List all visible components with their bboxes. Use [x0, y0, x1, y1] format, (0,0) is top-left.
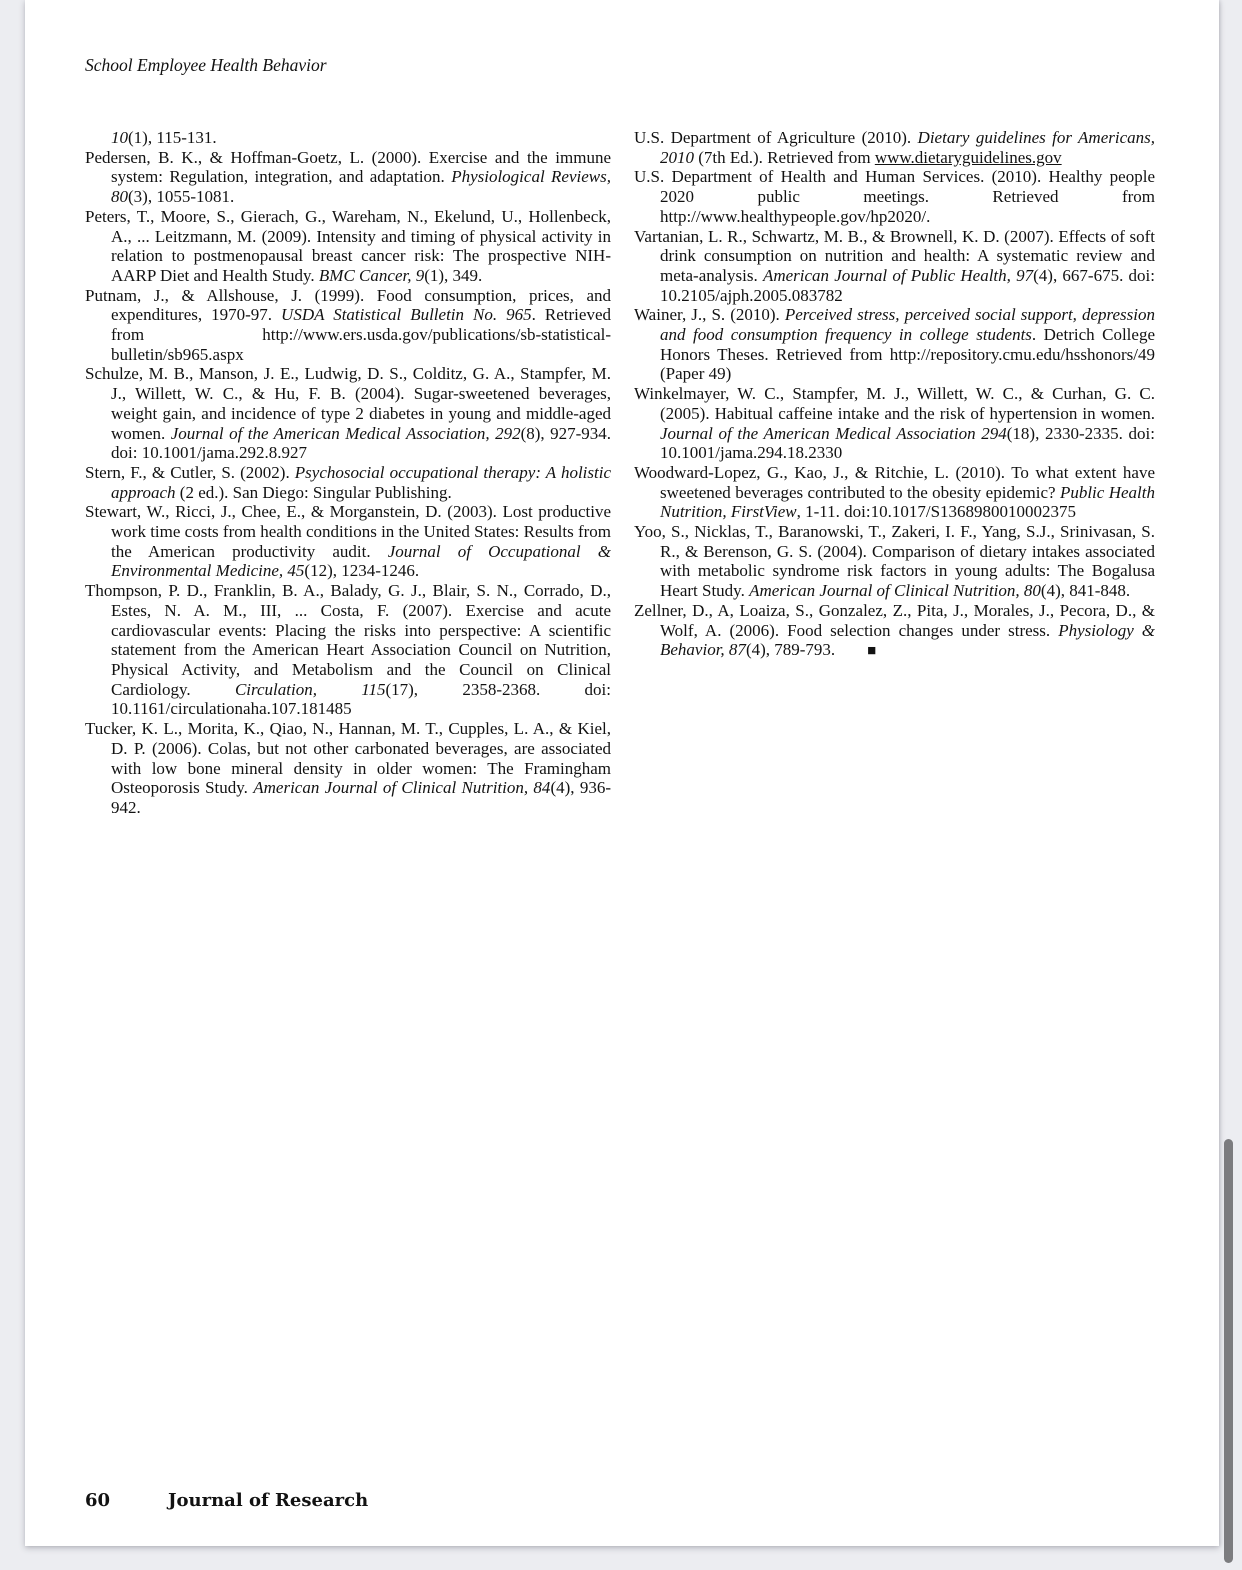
reference-text: Journal of the American Medical Associat… [171, 424, 521, 443]
reference-entry: Thompson, P. D., Franklin, B. A., Balady… [85, 581, 611, 719]
reference-url-link[interactable]: www.dietaryguidelines.gov [875, 148, 1062, 167]
reference-text: Wainer, J., S. (2010). [634, 305, 785, 324]
references-column-right: U.S. Department of Agriculture (2010). D… [634, 128, 1155, 662]
reference-text: (12), 1234-1246. [304, 561, 419, 580]
reference-text: (1), 115-131. [128, 128, 217, 147]
reference-entry: Tucker, K. L., Morita, K., Qiao, N., Han… [85, 719, 611, 818]
footer-page-number: 60 [85, 1490, 110, 1511]
reference-text: , 1-11. doi:10.1017/S1368980010002375 [797, 502, 1076, 521]
reference-entry: Zellner, D., A, Loaiza, S., Gonzalez, Z.… [634, 601, 1155, 662]
reference-text: Circulation, 115 [235, 680, 386, 699]
reference-text: Journal of the American Medical Associat… [660, 424, 1007, 443]
reference-entry: U.S. Department of Agriculture (2010). D… [634, 128, 1155, 167]
reference-text: Winkelmayer, W. C., Stampfer, M. J., Wil… [634, 384, 1155, 423]
reference-text: (4), 841-848. [1041, 581, 1130, 600]
reference-text: Stern, F., & Cutler, S. (2002). [85, 463, 295, 482]
reference-text: American Journal of Public Health, 97 [763, 266, 1033, 285]
end-of-article-marker: ■ [867, 643, 876, 659]
reference-entry: 10(1), 115-131. [85, 128, 611, 148]
reference-text: U.S. Department of Health and Human Serv… [634, 167, 1155, 225]
reference-entry: Stewart, W., Ricci, J., Chee, E., & Morg… [85, 502, 611, 581]
reference-entry: Winkelmayer, W. C., Stampfer, M. J., Wil… [634, 384, 1155, 463]
reference-entry: U.S. Department of Health and Human Serv… [634, 167, 1155, 226]
references-column-left: 10(1), 115-131.Pedersen, B. K., & Hoffma… [85, 128, 611, 818]
reference-entry: Wainer, J., S. (2010). Perceived stress,… [634, 305, 1155, 384]
reference-text: (3), 1055-1081. [128, 187, 234, 206]
reference-entry: Pedersen, B. K., & Hoffman-Goetz, L. (20… [85, 148, 611, 207]
reference-entry: Peters, T., Moore, S., Gierach, G., Ware… [85, 207, 611, 286]
document-page: School Employee Health Behavior 10(1), 1… [25, 0, 1219, 1546]
reference-text: American Journal of Clinical Nutrition, … [749, 581, 1041, 600]
reference-entry: Stern, F., & Cutler, S. (2002). Psychoso… [85, 463, 611, 502]
reference-text: (2 ed.). San Diego: Singular Publishing. [176, 483, 452, 502]
reference-entry: Putnam, J., & Allshouse, J. (1999). Food… [85, 286, 611, 365]
reference-text: American Journal of Clinical Nutrition, … [253, 778, 550, 797]
reference-text: BMC Cancer, 9 [319, 266, 424, 285]
reference-entry: Woodward-Lopez, G., Kao, J., & Ritchie, … [634, 463, 1155, 522]
scrollbar-track[interactable] [1219, 0, 1242, 1570]
reference-text: USDA Statistical Bulletin No. 965 [281, 305, 532, 324]
reference-text: U.S. Department of Agriculture (2010). [634, 128, 918, 147]
reference-entry: Schulze, M. B., Manson, J. E., Ludwig, D… [85, 364, 611, 463]
reference-text: 10 [111, 128, 128, 147]
reference-text: (7th Ed.). Retrieved from [694, 148, 875, 167]
reference-entry: Yoo, S., Nicklas, T., Baranowski, T., Za… [634, 522, 1155, 601]
running-head: School Employee Health Behavior [85, 55, 327, 76]
scrollbar-thumb[interactable] [1224, 1139, 1233, 1563]
reference-entry: Vartanian, L. R., Schwartz, M. B., & Bro… [634, 227, 1155, 306]
reference-text: (1), 349. [424, 266, 482, 285]
reference-text: (4), 789-793. [746, 640, 835, 659]
footer-journal-name: Journal of Research [168, 1490, 368, 1511]
